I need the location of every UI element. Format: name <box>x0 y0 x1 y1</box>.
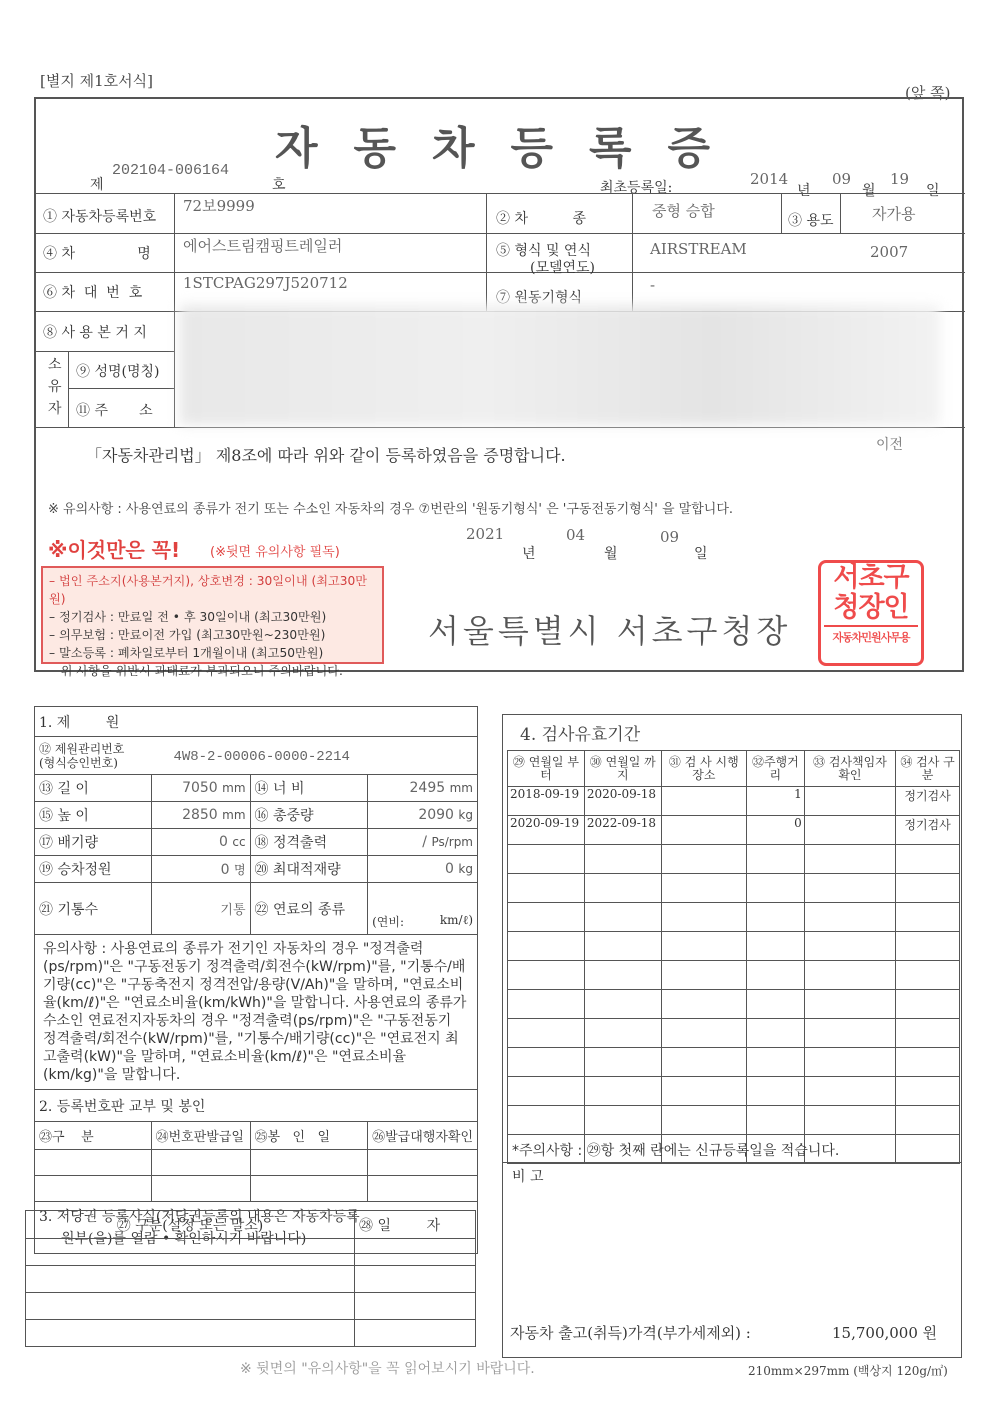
inspection-cell: 1 <box>746 787 804 816</box>
inspection-row <box>508 1106 960 1135</box>
mgmt-sublabel: (형식승인번호) <box>39 756 118 770</box>
plates-header: ㉕봉 인 일 <box>250 1122 368 1150</box>
cert-no-suffix: 호 <box>272 174 286 194</box>
first-reg-month: 09 <box>832 170 851 188</box>
inspection-row <box>508 1048 960 1077</box>
issue-day-unit: 일 <box>694 543 708 563</box>
usage-value: 자가용 <box>872 203 915 224</box>
model-value: AIRSTREAM <box>650 240 747 258</box>
inspection-row <box>508 845 960 874</box>
spec-value: 2850 <box>182 807 218 823</box>
mortgage-header-date: ㉘ 일 자 <box>355 1211 476 1239</box>
cert-no-prefix: 제 <box>90 174 104 194</box>
spec-label: ⑬ 길 이 <box>35 775 152 802</box>
spec-value: 2090 <box>418 807 454 823</box>
spec-row: ⑲ 승차정원 0 명 ⑳ 최대적재량 0 kg <box>35 856 478 883</box>
specs-note: 유의사항 : 사용연료의 종류가 전기인 자동차의 경우 "정격출력(ps/rp… <box>35 935 478 1090</box>
seal-line-2: 청장인 <box>821 593 921 623</box>
plates-header: ㉓구 분 <box>35 1122 152 1150</box>
inspection-cell <box>804 816 895 845</box>
engine-type-value: - <box>650 276 655 294</box>
inspection-cell <box>661 787 746 816</box>
owner-group-label: 소 유 자 <box>48 354 62 420</box>
inspection-cell: 2022-09-18 <box>584 816 661 845</box>
inspection-table: ㉙ 연월일 부터㉚ 연월일 까지㉛ 검 사 시행장소㉜주행거리㉝ 검사책임자 확… <box>507 750 960 1164</box>
first-registration-label: 최초등록일: <box>600 177 672 197</box>
inspection-header: ㉜주행거리 <box>746 751 804 787</box>
spec-row: ⑬ 길 이 7050 mm ⑭ 너 비 2495 mm <box>35 775 478 802</box>
inspection-cell <box>661 816 746 845</box>
issue-month-unit: 월 <box>604 543 618 563</box>
spec-value: 0 <box>219 834 228 850</box>
caution-text: ※ 유의사항 : 사용연료의 종류가 전기 또는 수소인 자동차의 경우 ⑦번란… <box>48 498 733 517</box>
inspection-cell: 2020-09-18 <box>584 787 661 816</box>
form-label: [별지 제1호서식] <box>40 70 153 91</box>
certify-text: 「자동차관리법」 제8조에 따라 위와 같이 등록하였음을 증명합니다. <box>86 443 566 466</box>
mgmt-label: ⑫ 제원관리번호 <box>39 742 124 756</box>
redacted-owner-info <box>180 305 940 425</box>
inspection-cell: 정기검사 <box>896 787 960 816</box>
spec-unit: mm <box>222 781 245 795</box>
month-unit: 월 <box>862 180 876 200</box>
inspection-row <box>508 874 960 903</box>
vin-value: 1STCPAG297J520712 <box>183 274 348 292</box>
inspection-cell: 2018-09-19 <box>508 787 585 816</box>
seal-line-3: 자동차민원사무용 <box>824 625 918 645</box>
mortgage-table: ㉗ 구분(설정 또는 말소) ㉘ 일 자 <box>25 1210 476 1347</box>
spec-value: 7050 <box>182 780 218 796</box>
engine-type-label: ⑦ 원동기형식 <box>496 287 582 307</box>
vehicle-name-label: ④ 차 명 <box>43 243 151 263</box>
seal-line-1: 서초구 <box>821 563 921 593</box>
inspection-header: ㉛ 검 사 시행장소 <box>661 751 746 787</box>
owner-address-label: ⑪ 주 소 <box>76 400 153 420</box>
spec-unit: kg <box>458 808 473 822</box>
inspection-header: ㉙ 연월일 부터 <box>508 751 585 787</box>
inspection-cell: 2020-09-19 <box>508 816 585 845</box>
specs-section-title: 1. 제 원 <box>35 707 478 737</box>
spec-value: / <box>422 834 427 850</box>
inspection-cell: 0 <box>746 816 804 845</box>
plates-section-title: 2. 등록번호판 교부 및 봉인 <box>35 1090 478 1122</box>
spec-label: ⑯ 총중량 <box>250 802 368 829</box>
warning-item: – 말소등록 : 폐차일로부터 1개월이내 (최고50만원) <box>49 644 376 662</box>
reg-number-value: 72보9999 <box>183 195 255 216</box>
year-unit: 년 <box>797 180 811 200</box>
owner-name-label: ⑨ 성명(명칭) <box>76 361 159 381</box>
usage-label: ③ 용도 <box>788 210 834 230</box>
day-unit: 일 <box>926 180 940 200</box>
warning-item: – 법인 주소지(사용본거지), 상호변경 : 30일이내 (최고30만원) <box>49 572 376 608</box>
spec-label: ⑮ 높 이 <box>35 802 152 829</box>
paper-spec: 210mm×297mm (백상지 120g/㎡) <box>748 1362 948 1379</box>
spec-value: 2495 <box>410 780 446 796</box>
spec-value: 0 <box>445 861 454 877</box>
first-reg-day: 19 <box>890 170 909 188</box>
fuel-economy-label: (연비: <box>372 915 404 929</box>
issue-year-unit: 년 <box>522 543 536 563</box>
mortgage-header-type: ㉗ 구분(설정 또는 말소) <box>26 1211 355 1239</box>
plates-header: ㉔번호판발급일 <box>151 1122 250 1150</box>
inspection-header: ㉝ 검사책임자 확인 <box>804 751 895 787</box>
inspection-cell <box>804 787 895 816</box>
spec-unit: kg <box>458 862 473 876</box>
inspection-row <box>508 961 960 990</box>
price-value: 15,700,000 원 <box>832 1322 937 1343</box>
official-seal: 서초구 청장인 자동차민원사무용 <box>818 560 924 666</box>
inspection-row <box>508 1077 960 1106</box>
specs-table: 1. 제 원 ⑫ 제원관리번호 (형식승인번호) 4W8-2-00006-000… <box>34 706 478 1254</box>
spec-label: ⑭ 너 비 <box>250 775 368 802</box>
spec-unit: mm <box>450 781 473 795</box>
issue-month: 04 <box>566 526 585 544</box>
issue-day: 09 <box>660 528 679 546</box>
vehicle-type-value: 중형 승합 <box>652 200 715 221</box>
vehicle-type-label: ② 차 종 <box>496 208 586 228</box>
first-reg-year: 2014 <box>750 170 788 188</box>
warning-item: – 의무보험 : 만료이전 가입 (최고30만원~230만원) <box>49 626 376 644</box>
inspection-row: 2018-09-192020-09-181정기검사 <box>508 787 960 816</box>
spec-mgmt-row: ⑫ 제원관리번호 (형식승인번호) 4W8-2-00006-0000-2214 <box>35 737 478 775</box>
footer-note: ※ 뒷면의 "유의사항"을 꼭 읽어보시기 바랍니다. <box>240 1358 535 1378</box>
inspection-row <box>508 1019 960 1048</box>
base-location-label: ⑧ 사 용 본 거 지 <box>43 322 147 342</box>
inspection-row <box>508 932 960 961</box>
spec-unit: 명 <box>234 863 246 877</box>
inspection-row <box>508 990 960 1019</box>
inspection-note: *주의사항 : ㉙항 첫째 란에는 신규등록일을 적습니다. <box>512 1140 839 1160</box>
spec-label: ⑰ 배기량 <box>35 829 152 856</box>
cylinders-unit: 기통 <box>151 883 250 935</box>
spec-row: ⑮ 높 이 2850 mm ⑯ 총중량 2090 kg <box>35 802 478 829</box>
spec-unit: mm <box>222 808 245 822</box>
reg-number-label: ① 자동차등록번호 <box>43 206 156 226</box>
spec-value: 0 <box>221 862 230 878</box>
inspection-row <box>508 903 960 932</box>
cert-number: 202104-006164 <box>112 162 229 179</box>
plates-header: ㉖발급대행자확인 <box>368 1122 478 1150</box>
spec-unit: cc <box>232 835 245 849</box>
spec-unit: Ps/rpm <box>431 835 473 849</box>
fuel-economy-unit: km/ℓ) <box>440 913 473 928</box>
inspection-cell: 정기검사 <box>896 816 960 845</box>
inspection-header: ㉚ 연월일 까지 <box>584 751 661 787</box>
warning-item: 위 사항을 위반시 과태료가 부과되오니 주의바랍니다. <box>49 662 376 680</box>
mgmt-value: 4W8-2-00006-0000-2214 <box>173 749 349 765</box>
moved-label: 이전 <box>876 434 903 454</box>
fuel-label: ㉒ 연료의 종류 <box>250 883 368 935</box>
warning-subtitle: (※뒷면 유의사항 필독) <box>210 541 340 560</box>
inspection-header: ㉞ 검사 구분 <box>896 751 960 787</box>
spec-label: ⑳ 최대적재량 <box>250 856 368 883</box>
inspection-section-title: 4. 검사유효기간 <box>520 720 640 745</box>
issue-year: 2021 <box>466 525 504 543</box>
issuer-name: 서울특별시 서초구청장 <box>428 606 791 652</box>
vin-label: ⑥ 차 대 번 호 <box>43 282 142 302</box>
warning-box: – 법인 주소지(사용본거지), 상호변경 : 30일이내 (최고30만원) –… <box>41 566 384 664</box>
inspection-row: 2020-09-192022-09-180정기검사 <box>508 816 960 845</box>
model-year-sublabel: (모델연도) <box>530 257 595 277</box>
spec-label: ⑱ 정격출력 <box>250 829 368 856</box>
vehicle-name-value: 에어스트림캠핑트레일러 <box>183 235 342 256</box>
price-label: 자동차 출고(취득)가격(부가세제외) : <box>510 1322 751 1343</box>
warning-title: ※이것만은 꼭! <box>48 534 180 563</box>
remarks-label: 비 고 <box>512 1166 544 1186</box>
cylinders-label: ㉑ 기통수 <box>35 883 152 935</box>
warning-item: – 정기검사 : 만료일 전 • 후 30일이내 (최고30만원) <box>49 608 376 626</box>
spec-label: ⑲ 승차정원 <box>35 856 152 883</box>
spec-row: ⑰ 배기량 0 cc ⑱ 정격출력 / Ps/rpm <box>35 829 478 856</box>
model-year-value: 2007 <box>870 243 908 261</box>
